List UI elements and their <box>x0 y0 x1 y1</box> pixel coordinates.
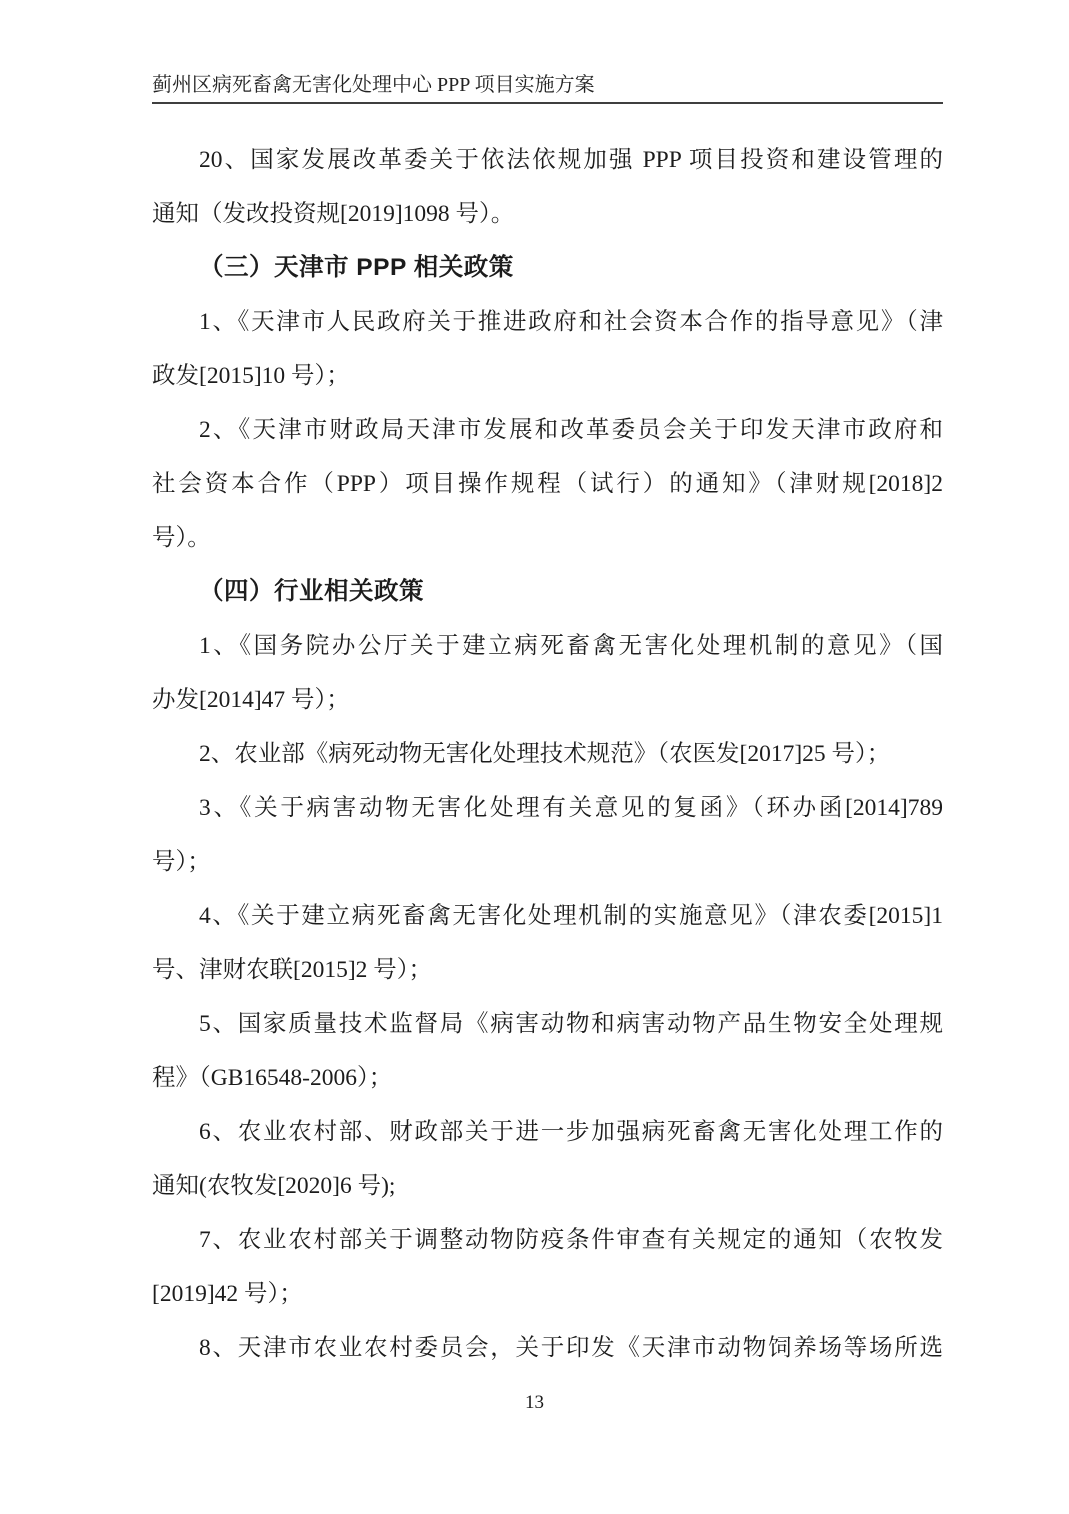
document-page: 蓟州区病死畜禽无害化处理中心 PPP 项目实施方案 20、国家发展改革委关于依法… <box>0 0 1069 1514</box>
document-line: 2、《天津市财政局天津市发展和改革委员会关于印发天津市政府和 <box>152 403 943 457</box>
page-number: 13 <box>525 1392 544 1413</box>
document-line: 社会资本合作（PPP）项目操作规程（试行）的通知》（津财规[2018]2 <box>152 457 943 511</box>
section-heading: （三）天津市 PPP 相关政策 <box>152 241 943 295</box>
document-line: 3、《关于病害动物无害化处理有关意见的复函》（环办函[2014]789 <box>152 781 943 835</box>
document-line: 1、《天津市人民政府关于推进政府和社会资本合作的指导意见》（津 <box>152 295 943 349</box>
header-title: 蓟州区病死畜禽无害化处理中心 PPP 项目实施方案 <box>152 74 595 96</box>
document-line: 号）。 <box>152 511 943 565</box>
section-heading: （四）行业相关政策 <box>152 565 943 619</box>
page-header: 蓟州区病死畜禽无害化处理中心 PPP 项目实施方案 <box>152 72 943 104</box>
document-line: 通知（发改投资规[2019]1098 号）。 <box>152 187 943 241</box>
document-line: 办发[2014]47 号）； <box>152 673 943 727</box>
document-line: 号、津财农联[2015]2 号）； <box>152 943 943 997</box>
document-line: 20、国家发展改革委关于依法依规加强 PPP 项目投资和建设管理的 <box>152 133 943 187</box>
document-line: 4、《关于建立病死畜禽无害化处理机制的实施意见》（津农委[2015]1 <box>152 889 943 943</box>
document-line: 号）； <box>152 835 943 889</box>
page-footer: 13 <box>0 1392 1069 1414</box>
document-line: [2019]42 号）； <box>152 1267 943 1321</box>
document-line: 7、农业农村部关于调整动物防疫条件审查有关规定的通知（农牧发 <box>152 1213 943 1267</box>
document-line: 通知(农牧发[2020]6 号); <box>152 1159 943 1213</box>
document-line: 政发[2015]10 号）； <box>152 349 943 403</box>
document-line: 2、农业部《病死动物无害化处理技术规范》（农医发[2017]25 号）； <box>152 727 943 781</box>
document-line: 程》（GB16548-2006）； <box>152 1051 943 1105</box>
document-body: 20、国家发展改革委关于依法依规加强 PPP 项目投资和建设管理的通知（发改投资… <box>152 133 943 1375</box>
document-line: 1、《国务院办公厅关于建立病死畜禽无害化处理机制的意见》（国 <box>152 619 943 673</box>
document-line: 5、国家质量技术监督局《病害动物和病害动物产品生物安全处理规 <box>152 997 943 1051</box>
document-line: 8、天津市农业农村委员会，关于印发《天津市动物饲养场等场所选 <box>152 1321 943 1375</box>
document-line: 6、农业农村部、财政部关于进一步加强病死畜禽无害化处理工作的 <box>152 1105 943 1159</box>
